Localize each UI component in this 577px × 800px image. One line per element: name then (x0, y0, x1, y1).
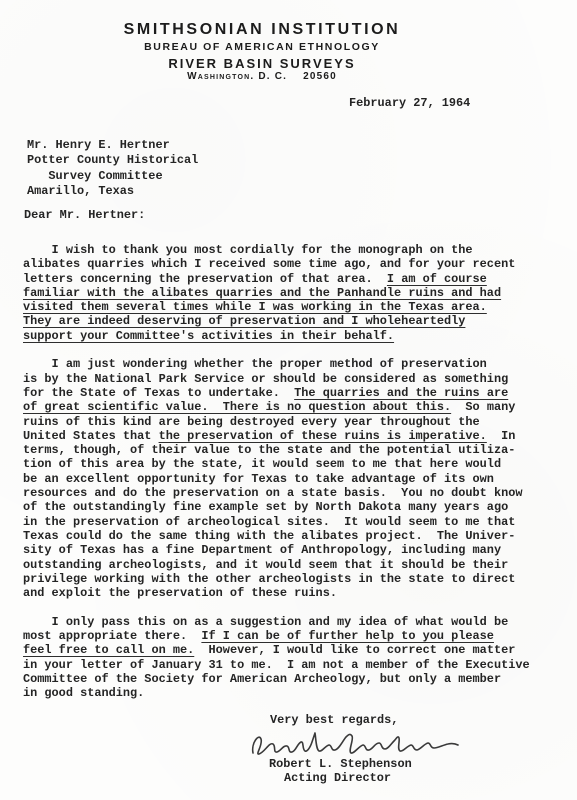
letterhead-division: RIVER BASIN SURVEYS (0, 56, 524, 71)
body-line: tion of this area by the state, it would… (23, 457, 530, 471)
body-line: feel free to call on me. However, I woul… (23, 643, 530, 657)
signer-title: Acting Director (284, 771, 391, 785)
body-line: I only pass this on as a suggestion and … (23, 615, 530, 629)
letterhead-bureau: BUREAU OF AMERICAN ETHNOLOGY (0, 41, 524, 53)
underlined-text: I am of course (387, 272, 487, 286)
underlined-text: of great scientific value. There is no q… (23, 400, 451, 414)
body-line: Committee of the Society for American Ar… (23, 672, 530, 686)
body-text: sity of Texas has a fine Department of A… (23, 543, 501, 557)
body-line: visited them several times while I was w… (23, 300, 530, 314)
underlined-text: The quarries and the ruins are (294, 386, 508, 400)
paragraph: I only pass this on as a suggestion and … (23, 615, 530, 701)
recipient-address: Mr. Henry E. HertnerPotter County Histor… (27, 138, 198, 200)
valediction: Very best regards, (270, 713, 398, 727)
body-line: most appropriate there. If I can be of f… (23, 629, 530, 643)
body-line: letters concerning the preservation of t… (23, 272, 530, 286)
paragraph: I am just wondering whether the proper m… (23, 357, 530, 600)
body-text: Texas could do the same thing with the a… (23, 529, 515, 543)
recipient-line: Survey Committee (27, 169, 198, 184)
letterhead-address: Washington. D. C. 20560 (0, 71, 524, 82)
body-text: be an excellent opportunity for Texas to… (23, 472, 494, 486)
body-text: In (487, 429, 516, 443)
body-text: most appropriate there. (23, 629, 201, 643)
body-line: in your letter of January 31 to me. I am… (23, 658, 530, 672)
body-line: I am just wondering whether the proper m… (23, 357, 530, 371)
paragraph: I wish to thank you most cordially for t… (23, 243, 530, 343)
date-line: February 27, 1964 (349, 96, 470, 110)
body-text: in good standing. (23, 686, 144, 700)
letterhead: SMITHSONIAN INSTITUTION BUREAU OF AMERIC… (0, 0, 524, 108)
recipient-line: Potter County Historical (27, 153, 198, 168)
body-text: However, I would like to correct one mat… (194, 643, 515, 657)
body-text: letters concerning the preservation of t… (23, 272, 387, 286)
underlined-text: the preservation of these ruins is imper… (159, 429, 487, 443)
body-text: and exploit the preservation of these ru… (23, 586, 337, 600)
letter-body: I wish to thank you most cordially for t… (23, 243, 530, 701)
underlined-text: If I can be of further help to you pleas… (201, 629, 494, 643)
signer-name: Robert L. Stephenson (269, 757, 412, 771)
body-line: alibates quarries which I received some … (23, 257, 530, 271)
body-line: of great scientific value. There is no q… (23, 400, 530, 414)
underlined-text: visited them several times while I was w… (23, 300, 487, 314)
body-line: be an excellent opportunity for Texas to… (23, 472, 530, 486)
body-text: in your letter of January 31 to me. I am… (23, 658, 530, 672)
body-text: So many (451, 400, 515, 414)
body-text: outstanding archeologists, and it would … (23, 558, 508, 572)
body-line: resources and do the preservation on a s… (23, 486, 530, 500)
body-text: tion of this area by the state, it would… (23, 457, 501, 471)
body-line: in good standing. (23, 686, 530, 700)
body-line: is by the National Park Service or shoul… (23, 372, 530, 386)
body-text: United States that (23, 429, 159, 443)
underlined-text: familiar with the alibates quarries and … (23, 286, 501, 300)
body-line: for the State of Texas to undertake. The… (23, 386, 530, 400)
body-text: Committee of the Society for American Ar… (23, 672, 501, 686)
body-text: alibates quarries which I received some … (23, 257, 515, 271)
body-text: I only pass this on as a suggestion and … (23, 615, 508, 629)
body-text: terms, though, of their value to the sta… (23, 443, 515, 457)
body-line: Texas could do the same thing with the a… (23, 529, 530, 543)
body-line: privilege working with the other archeol… (23, 572, 530, 586)
body-text: of the outstandingly fine example set by… (23, 500, 508, 514)
body-text: for the State of Texas to undertake. (23, 386, 294, 400)
underlined-text: They are indeed deserving of preservatio… (23, 314, 465, 328)
recipient-line: Mr. Henry E. Hertner (27, 138, 198, 153)
body-line: and exploit the preservation of these ru… (23, 586, 530, 600)
underlined-text: support your Committee's activities in t… (23, 329, 394, 343)
body-line: They are indeed deserving of preservatio… (23, 314, 530, 328)
body-line: United States that the preservation of t… (23, 429, 530, 443)
body-line: of the outstandingly fine example set by… (23, 500, 530, 514)
body-line: in the preservation of archeological sit… (23, 515, 530, 529)
body-line: ruins of this kind are being destroyed e… (23, 415, 530, 429)
body-line: terms, though, of their value to the sta… (23, 443, 530, 457)
body-line: sity of Texas has a fine Department of A… (23, 543, 530, 557)
letterhead-institution: SMITHSONIAN INSTITUTION (0, 21, 524, 39)
body-text: I wish to thank you most cordially for t… (23, 243, 473, 257)
body-text: ruins of this kind are being destroyed e… (23, 415, 480, 429)
salutation: Dear Mr. Hertner: (24, 208, 145, 222)
body-line: support your Committee's activities in t… (23, 329, 530, 343)
recipient-line: Amarillo, Texas (27, 184, 198, 199)
body-line: I wish to thank you most cordially for t… (23, 243, 530, 257)
body-text: in the preservation of archeological sit… (23, 515, 515, 529)
body-text: I am just wondering whether the proper m… (23, 357, 487, 371)
scanned-letter-page: SMITHSONIAN INSTITUTION BUREAU OF AMERIC… (0, 0, 577, 800)
body-text: privilege working with the other archeol… (23, 572, 515, 586)
body-line: familiar with the alibates quarries and … (23, 286, 530, 300)
body-text: is by the National Park Service or shoul… (23, 372, 508, 386)
underlined-text: feel free to call on me. (23, 643, 194, 657)
body-text: resources and do the preservation on a s… (23, 486, 523, 500)
body-line: outstanding archeologists, and it would … (23, 558, 530, 572)
